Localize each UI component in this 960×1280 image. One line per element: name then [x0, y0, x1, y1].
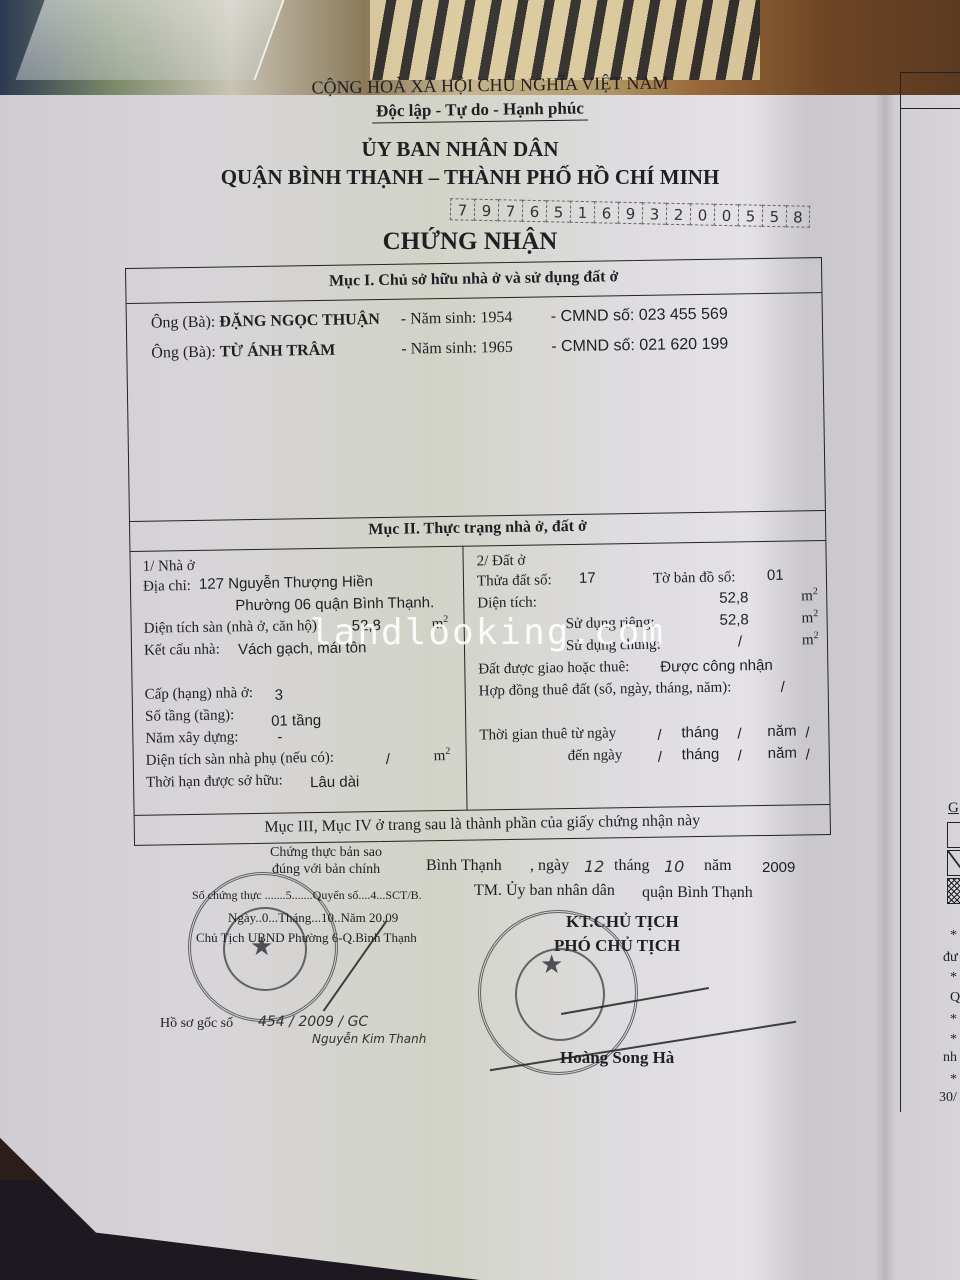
build-year-value: -: [277, 729, 282, 746]
signing-place: Bình Thạnh: [426, 857, 502, 875]
serial-digit: 5: [762, 205, 786, 227]
owner-birth-year: - Năm sinh: 1954: [401, 309, 513, 329]
record-label: Hồ sơ gốc số: [160, 1016, 233, 1032]
owner-prefix: Ông (Bà):: [151, 344, 216, 362]
certificate-table: Mục I. Chủ sở hữu nhà ở và sử dụng đất ở…: [125, 257, 831, 846]
record-number: 454 / 2009 / GC: [258, 1014, 368, 1030]
serial-digit: 9: [618, 202, 642, 224]
map-sheet-label: Tờ bản đồ số:: [653, 569, 736, 587]
watermark: landlooking.com: [310, 612, 665, 653]
serial-digit: 2: [666, 203, 690, 225]
signing-year-label: năm: [704, 857, 732, 875]
serial-digit: 0: [690, 203, 714, 225]
serial-digit: 0: [714, 204, 738, 226]
lease-contract-value: /: [781, 679, 785, 696]
owner-id-number: - CMND số: 021 620 199: [551, 336, 728, 357]
serial-digit: 9: [474, 199, 498, 221]
grade-value: 3: [275, 687, 284, 704]
structure-label: Kết cấu nhà:: [144, 642, 220, 660]
lease-from-year-label: năm: [767, 723, 796, 740]
lease-to-label: đến ngày: [568, 747, 623, 765]
on-behalf-district: quận Bình Thạnh: [642, 884, 753, 902]
land-area-value: 52,8: [719, 589, 748, 606]
signing-year: 2009: [762, 859, 795, 876]
owner-prefix: Ông (Bà):: [151, 314, 216, 332]
aux-area-label: Diện tích sàn nhà phụ (nếu có):: [146, 750, 335, 770]
seal-star-icon: ★: [540, 950, 563, 980]
legend-blank-box: [947, 822, 960, 848]
serial-digit: 8: [786, 205, 810, 227]
ownership-term-value: Lâu dài: [310, 773, 359, 791]
legend-crosshatch-box: [947, 878, 960, 904]
motto-text: Độc lập - Tự do - Hạnh phúc: [372, 98, 588, 123]
parcel-label: Thửa đất số:: [477, 572, 552, 590]
allocation-value: Được công nhận: [660, 657, 773, 676]
house-address-line1: 127 Nguyễn Thượng Hiền: [199, 573, 373, 593]
serial-digit: 6: [522, 200, 546, 222]
lease-to-month: /: [738, 747, 742, 764]
copy-signer-name: Nguyễn Kim Thanh: [312, 1032, 426, 1046]
private-use-value: 52,8: [719, 611, 748, 628]
signing-month-label: tháng: [614, 857, 650, 875]
floor-area-label: Diện tích sàn (nhà ở, căn hộ):: [144, 618, 322, 638]
floors-value: 01 tầng: [271, 712, 321, 730]
lease-from-month: /: [737, 725, 741, 742]
lease-contract-label: Hợp đồng thuê đất (số, ngày, tháng, năm)…: [479, 680, 732, 701]
signing-day-label: , ngày: [530, 857, 569, 875]
legend-diagonal-box: [947, 850, 960, 876]
lease-to-month-label: tháng: [682, 746, 720, 764]
lease-to-year: /: [806, 746, 810, 763]
serial-digit: 6: [594, 201, 618, 223]
map-sheet-value: 01: [767, 567, 784, 584]
owner-birth-year: - Năm sinh: 1965: [401, 339, 513, 359]
floors-label: Số tầng (tầng):: [145, 707, 234, 725]
aux-area-value: /: [386, 751, 390, 768]
serial-digit: 3: [642, 202, 666, 224]
ownership-term-label: Thời hạn được sở hữu:: [146, 773, 283, 792]
legend-note: 30/: [939, 1090, 957, 1106]
legend-heading: G: [948, 800, 959, 817]
serial-digit: 7: [498, 199, 522, 221]
serial-digit: 5: [546, 200, 570, 222]
legend-note: đư: [943, 950, 958, 966]
district-heading: QUẬN BÌNH THẠNH – THÀNH PHỐ HỒ CHÍ MINH: [0, 165, 950, 190]
signing-month: 10: [664, 857, 684, 876]
copy-cert-line2: đúng với bản chính: [272, 862, 380, 878]
copy-cert-book: Số chứng thực .......5.......Quyển số...…: [192, 888, 422, 903]
legend-note: Q: [950, 990, 960, 1006]
certificate-title: CHỨNG NHẬN: [0, 228, 950, 256]
serial-digit: 1: [570, 201, 594, 223]
legend-note: *: [950, 970, 957, 986]
serial-digit: 7: [450, 198, 474, 220]
lease-from-label: Thời gian thuê từ ngày: [479, 725, 616, 744]
owner-name: TỪ ÁNH TRÂM: [220, 342, 336, 361]
allocation-label: Đất được giao hoặc thuê:: [478, 659, 629, 678]
lease-to-day: /: [658, 749, 662, 766]
owner-name: ĐẶNG NGỌC THUẬN: [219, 311, 380, 331]
land-area-label: Diện tích:: [477, 595, 537, 613]
plastic-sheet: [15, 0, 284, 80]
section-footer-note: Mục III, Mục IV ở trang sau là thành phầ…: [135, 810, 830, 839]
legend-note: *: [950, 928, 957, 944]
woven-basket: [370, 0, 760, 80]
legend-note: *: [950, 1072, 957, 1088]
build-year-label: Năm xây dựng:: [145, 729, 238, 747]
shared-use-unit: m2: [802, 630, 819, 649]
lease-from-day: /: [657, 727, 661, 744]
grade-label: Cấp (hạng) nhà ở:: [145, 685, 254, 704]
lease-from-year: /: [805, 724, 809, 741]
on-behalf-label: TM. Ủy ban nhân dân: [474, 882, 615, 900]
serial-digit: 5: [738, 204, 762, 226]
signer-name: Hoàng Song Hà: [560, 1048, 674, 1068]
section1-heading: Mục I. Chủ sở hữu nhà ở và sử dụng đất ở: [126, 265, 821, 294]
page-fold: [875, 95, 895, 1280]
copy-cert-date: Ngày..0...Tháng...10..Năm 20.09: [228, 910, 398, 926]
committee-heading: ỦY BAN NHÂN DÂN: [0, 137, 940, 162]
parcel-value: 17: [579, 570, 596, 587]
legend-note: nh: [943, 1050, 957, 1066]
owner-id-number: - CMND số: 023 455 569: [551, 306, 728, 327]
land-area-unit: m2: [801, 586, 818, 605]
shared-use-value: /: [738, 633, 742, 650]
signing-day: 12: [584, 857, 604, 876]
aux-area-unit: m2: [434, 746, 451, 765]
lease-from-month-label: tháng: [681, 724, 719, 742]
legend-note: *: [950, 1012, 957, 1028]
land-title: 2/ Đất ở: [477, 553, 526, 571]
private-use-unit: m2: [801, 608, 818, 627]
owner-row: Ông (Bà): ĐẶNG NGỌC THUẬN - Năm sinh: 19…: [151, 311, 380, 333]
house-title: 1/ Nhà ở: [143, 558, 195, 576]
owner-row: Ông (Bà): TỪ ÁNH TRÂM - Năm sinh: 1965 -…: [151, 342, 335, 363]
copy-cert-official: Chủ Tịch UBND Phường 6-Q.Bình Thạnh: [196, 930, 417, 946]
lease-to-year-label: năm: [768, 745, 797, 762]
legend-note: *: [950, 1032, 957, 1048]
house-address-label: Địa chỉ:: [143, 578, 191, 596]
copy-cert-line1: Chứng thực bản sao: [270, 845, 382, 861]
